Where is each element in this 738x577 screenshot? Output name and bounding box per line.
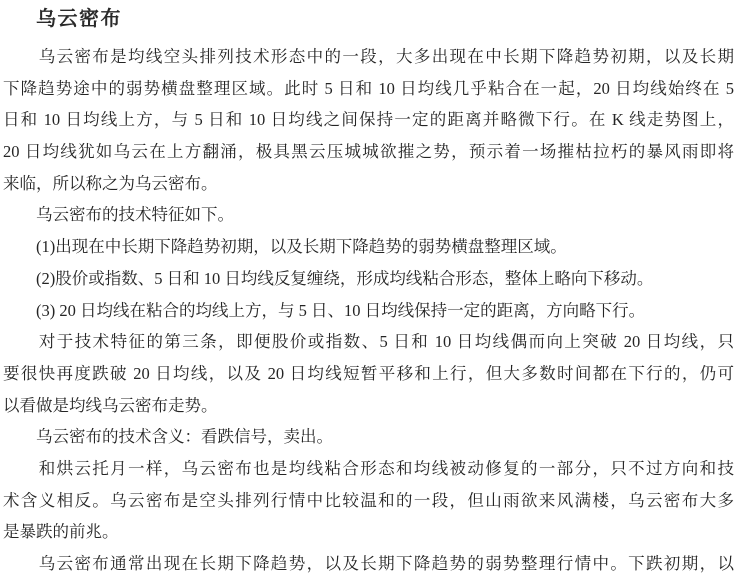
text-line: 术含义相反。乌云密布是空头排列行情中比较温和的一段，但山雨欲来风满楼，乌云密布大… xyxy=(3,485,734,517)
body-text: 乌云密布是均线空头排列技术形态中的一段，大多出现在中长期下降趋势初期，以及长期下… xyxy=(0,41,738,577)
text-line: 以看做是均线乌云密布走势。 xyxy=(3,390,734,422)
section-title: 乌云密布 xyxy=(0,0,738,31)
text-line: 乌云密布是均线空头排列技术形态中的一段，大多出现在中长期下降趋势初期，以及长期 xyxy=(3,41,734,73)
text-line: (2)股价或指数、5 日和 10 日均线反复缠绕，形成均线粘合形态，整体上略向下… xyxy=(3,263,734,295)
text-line: 和烘云托月一样，乌云密布也是均线粘合形态和均线被动修复的一部分，只不过方向和技 xyxy=(3,453,734,485)
text-line: 乌云密布通常出现在长期下降趋势，以及长期下降趋势的弱势整理行情中。下跌初期，以 xyxy=(3,548,734,577)
text-line: 是暴跌的前兆。 xyxy=(3,516,734,548)
text-line: (3) 20 日均线在粘合的均线上方，与 5 日、10 日均线保持一定的距离，方… xyxy=(3,295,734,327)
text-line: (1)出现在中长期下降趋势初期，以及长期下降趋势的弱势横盘整理区域。 xyxy=(3,231,734,263)
text-line: 20 日均线犹如乌云在上方翻涌，极具黑云压城城欲摧之势，预示着一场摧枯拉朽的暴风… xyxy=(3,136,734,168)
book-page: 乌云密布 乌云密布是均线空头排列技术形态中的一段，大多出现在中长期下降趋势初期，… xyxy=(0,0,738,577)
text-line: 日和 10 日均线上方，与 5 日和 10 日均线之间保持一定的距离并略微下行。… xyxy=(3,104,734,136)
text-line: 来临，所以称之为乌云密布。 xyxy=(3,168,734,200)
text-line: 对于技术特征的第三条，即便股价或指数、5 日和 10 日均线偶而向上突破 20 … xyxy=(3,326,734,358)
text-line: 下降趋势途中的弱势横盘整理区域。此时 5 日和 10 日均线几乎粘合在一起，20… xyxy=(3,73,734,105)
text-line: 要很快再度跌破 20 日均线，以及 20 日均线短暂平移和上行，但大多数时间都在… xyxy=(3,358,734,390)
text-line: 乌云密布的技术含义：看跌信号，卖出。 xyxy=(3,421,734,453)
text-line: 乌云密布的技术特征如下。 xyxy=(3,199,734,231)
